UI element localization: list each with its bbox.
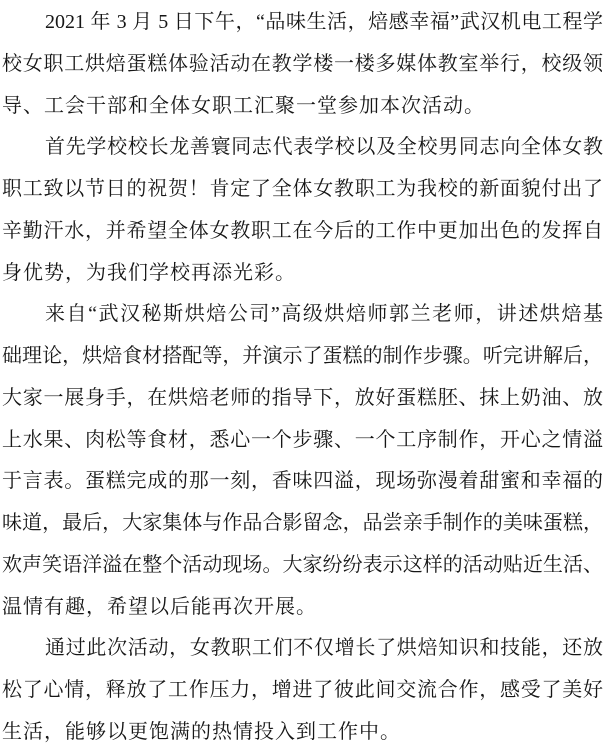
paragraph-1: 2021 年 3 月 5 日下午，“品味生活，焙感幸福”武汉机电工程学 校女职工… [2,0,603,125]
text-line: 味道，最后，大家集体与作品合影留念，品尝亲手制作的美味蛋糕， [2,503,603,545]
document-page: 2021 年 3 月 5 日下午，“品味生活，焙感幸福”武汉机电工程学 校女职工… [0,0,606,752]
text-line: 于言表。蛋糕完成的那一刻，香味四溢，现场弥漫着甜蜜和幸福的 [2,461,603,503]
text-line: 2021 年 3 月 5 日下午，“品味生活，焙感幸福”武汉机电工程学 [2,2,603,44]
text-line: 辛勤汗水，并希望全体女教职工在今后的工作中更加出色的发挥自 [2,211,603,253]
text-line: 导、工会干部和全体女职工汇聚一堂参加本次活动。 [2,86,603,128]
text-line: 欢声笑语洋溢在整个活动现场。大家纷纷表示这样的活动贴近生活、 [2,545,603,587]
text-line: 上水果、肉松等食材，悉心一个步骤、一个工序制作，开心之情溢 [2,420,603,462]
text-line: 松了心情，释放了工作压力，增进了彼此间交流合作，感受了美好 [2,670,603,712]
text-line: 首先学校校长龙善寰同志代表学校以及全校男同志向全体女教 [2,127,603,169]
text-line: 校女职工烘焙蛋糕体验活动在教学楼一楼多媒体教室举行，校级领 [2,44,603,86]
text-line: 生活，能够以更饱满的热情投入到工作中。 [2,712,603,752]
paragraph-4: 通过此次活动，女教职工们不仅增长了烘焙知识和技能，还放 松了心情，释放了工作压力… [2,626,603,751]
text-line: 职工致以节日的祝贺！肯定了全体女教职工为我校的新面貌付出了 [2,169,603,211]
text-line: 身优势，为我们学校再添光彩。 [2,253,603,295]
text-line: 来自“武汉秘斯烘焙公司”高级烘焙师郭兰老师，讲述烘焙基 [2,294,603,336]
text-line: 大家一展身手，在烘焙老师的指导下，放好蛋糕胚、抹上奶油、放 [2,378,603,420]
paragraph-3: 来自“武汉秘斯烘焙公司”高级烘焙师郭兰老师，讲述烘焙基 础理论，烘焙食材搭配等，… [2,292,603,626]
text-line: 础理论，烘焙食材搭配等，并演示了蛋糕的制作步骤。听完讲解后， [2,336,603,378]
paragraph-2: 首先学校校长龙善寰同志代表学校以及全校男同志向全体女教 职工致以节日的祝贺！肯定… [2,125,603,292]
text-line: 通过此次活动，女教职工们不仅增长了烘焙知识和技能，还放 [2,628,603,670]
text-line: 温情有趣，希望以后能再次开展。 [2,587,603,629]
